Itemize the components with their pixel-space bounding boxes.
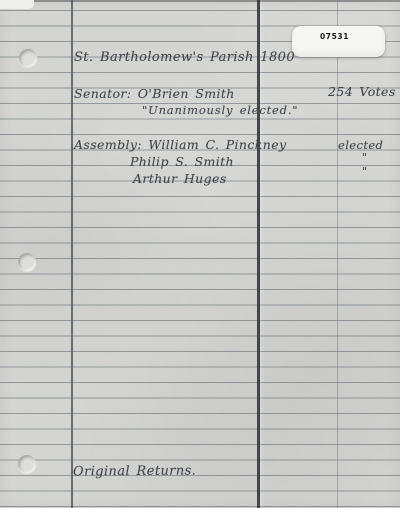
senator-vote-count: 254 Votes (328, 84, 396, 99)
fold-line (257, 0, 260, 508)
assembly-member-1-name: William C. Pinckney (148, 137, 286, 152)
page-corner (0, 0, 34, 9)
assembly-member-3-result-ditto: " (362, 165, 367, 178)
footer-note: Original Returns. (73, 463, 196, 479)
assembly-member-1-result: elected (338, 138, 383, 152)
scanned-document-page: 07531 St. Bartholomew's Parish 1800 Sena… (0, 0, 400, 508)
assembly-label: Assembly: (74, 137, 142, 152)
assembly-member-2-result-ditto: " (362, 151, 367, 164)
catalog-number: 07531 (320, 32, 349, 41)
punch-hole-bottom (18, 455, 36, 473)
assembly-member-2-name: Philip S. Smith (130, 154, 234, 169)
senator-label: Senator: (74, 86, 131, 101)
assembly-line: Assembly: William C. Pinckney (74, 137, 286, 152)
punch-hole-top (19, 49, 37, 67)
senator-name: O'Brien Smith (138, 86, 235, 101)
column-line (337, 0, 338, 508)
senator-note: "Unanimously elected." (142, 103, 298, 117)
senator-line: Senator: O'Brien Smith (74, 86, 235, 101)
title-text: St. Bartholomew's Parish 1800 (74, 50, 295, 65)
scan-top-edge (0, 0, 400, 2)
title-line: St. Bartholomew's Parish 1800 (74, 50, 295, 65)
assembly-member-3-name: Arthur Huges (133, 171, 227, 186)
margin-line (71, 0, 73, 508)
note-text: "Unanimously elected." (142, 103, 298, 117)
votes-text: 254 Votes (328, 84, 396, 99)
catalog-label: 07531 (292, 26, 385, 57)
punch-hole-middle (18, 253, 36, 271)
